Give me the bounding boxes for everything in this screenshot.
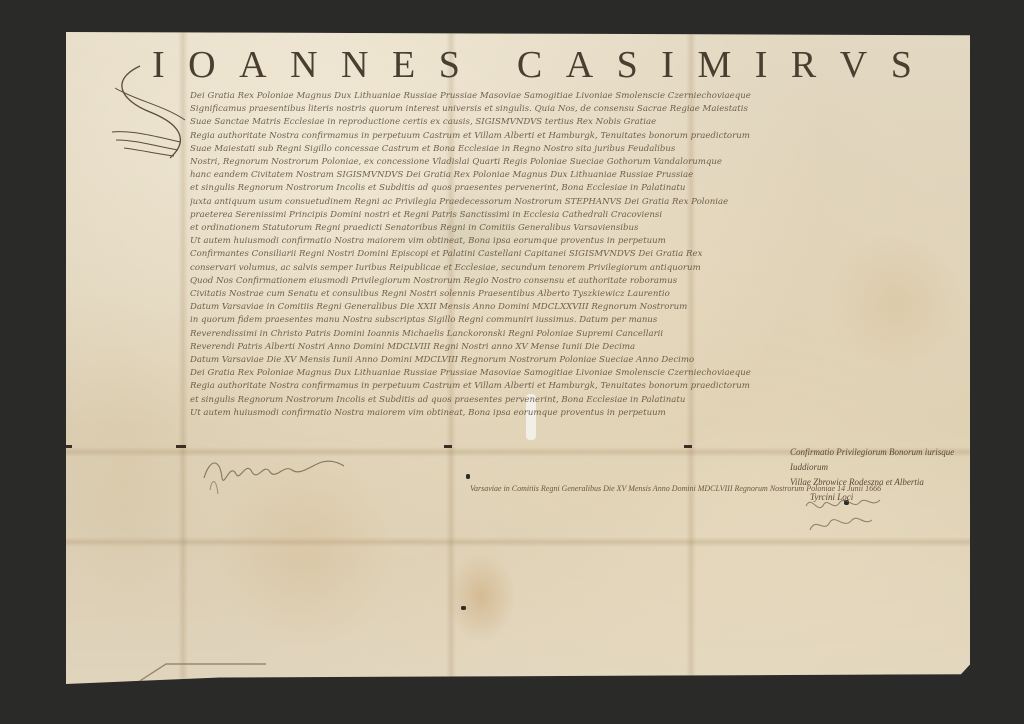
title-letter: A: [239, 43, 266, 87]
title-letter: S: [891, 43, 912, 87]
title-letter: N: [341, 43, 368, 87]
text-line: Dei Gratia Rex Poloniae Magnus Dux Lithu…: [190, 90, 950, 103]
crease-line: [126, 652, 276, 692]
title-letter: S: [439, 43, 460, 87]
stain: [66, 332, 186, 632]
royal-signature: [200, 448, 350, 498]
text-line: Reverendi Patris Alberti Nostri Anno Dom…: [190, 341, 950, 354]
text-line: Civitatis Nostrae cum Senatu et consulib…: [190, 288, 950, 301]
text-line: Dei Gratia Rex Poloniae Magnus Dux Lithu…: [190, 367, 950, 380]
text-line: Nostri, Regnorum Nostrorum Poloniae, ex …: [190, 156, 950, 169]
water-stain: [446, 552, 516, 642]
text-line: Regia authoritate Nostra confirmamus in …: [190, 130, 950, 143]
text-line: conservari volumus, ac salvis semper Iur…: [190, 262, 950, 275]
title-letter: M: [697, 43, 731, 87]
title-letter: I: [661, 43, 674, 87]
document-title: I O A N N E S C A S I M I R V S: [152, 43, 912, 87]
text-line: Quod Nos Confirmationem eiusmodi Privile…: [190, 275, 950, 288]
fold-mark: [176, 445, 186, 448]
title-letter: O: [188, 43, 215, 87]
title-letter: S: [617, 43, 638, 87]
title-letter: C: [517, 43, 542, 87]
fold-mark: [684, 445, 692, 448]
text-line: Datum Varsaviae in Comitiis Regni Genera…: [190, 301, 950, 314]
title-letter: R: [791, 43, 816, 87]
text-line: et singulis Regnorum Nostrorum Incolis e…: [190, 182, 950, 195]
text-line: Datum Varsaviae Die XV Mensis Iunii Anno…: [190, 354, 950, 367]
charter-body-text: Dei Gratia Rex Poloniae Magnus Dux Lithu…: [190, 90, 950, 420]
title-letter: N: [290, 43, 317, 87]
note-line: Confirmatio Privilegiorum Bonorum iurisq…: [790, 445, 970, 475]
title-letter: I: [152, 43, 165, 87]
text-line: Ut autem huiusmodi confirmatio Nostra ma…: [190, 235, 950, 248]
hole: [461, 606, 466, 610]
title-letter: I: [755, 43, 768, 87]
text-line: Suae Maiestati sub Regni Sigillo concess…: [190, 143, 950, 156]
fold-mark: [444, 445, 452, 448]
text-line: Ut autem huiusmodi confirmatio Nostra ma…: [190, 407, 950, 420]
text-line: hanc eandem Civitatem Nostram SIGISMVNDV…: [190, 169, 950, 182]
text-line: et singulis Regnorum Nostrorum Incolis e…: [190, 394, 950, 407]
text-line: Suae Sanctae Matris Ecclesiae in reprodu…: [190, 116, 950, 129]
title-letter: V: [840, 43, 867, 87]
text-line: Confirmantes Consiliarii Regni Nostri Do…: [190, 248, 950, 261]
text-line: Significamus praesentibus literis nostri…: [190, 103, 950, 116]
hole: [466, 474, 470, 479]
text-line: et ordinationem Statutorum Regni praedic…: [190, 222, 950, 235]
note-line: Villae Zbrowice Rodeszna et Albertia: [790, 475, 970, 490]
text-line: Reverendissimi in Christo Patris Domini …: [190, 328, 950, 341]
title-letter: A: [566, 43, 593, 87]
text-line: Regia authoritate Nostra confirmamus in …: [190, 380, 950, 393]
text-line: praeterea Serenissimi Principis Domini n…: [190, 209, 950, 222]
chancellor-signature: [800, 490, 910, 540]
text-line: in quorum fidem praesentes manu Nostra s…: [190, 314, 950, 327]
title-letter: E: [392, 43, 415, 87]
fold-mark: [64, 445, 72, 448]
text-line: juxta antiquum usum consuetudinem Regni …: [190, 196, 950, 209]
